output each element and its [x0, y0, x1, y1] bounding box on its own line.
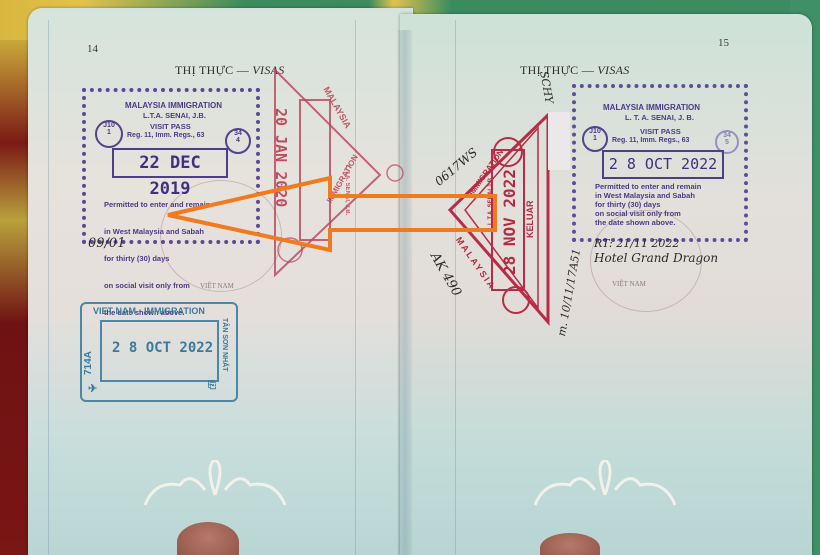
- lotus-watermark-left: [135, 460, 295, 510]
- arrow-icon: [168, 178, 495, 250]
- thumb-left: [177, 522, 239, 555]
- orange-arrow-annotation: [0, 0, 820, 555]
- lotus-watermark-right: [525, 460, 685, 510]
- thumb-right: [540, 533, 600, 555]
